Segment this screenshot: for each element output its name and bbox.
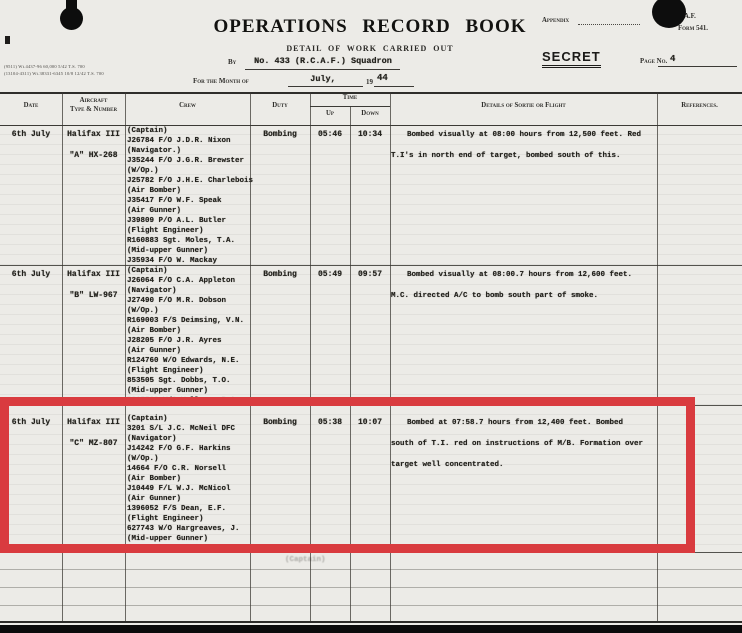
header-time-down: Down <box>350 110 390 117</box>
header-time: Time <box>310 94 390 101</box>
crew-name: 853505 Sgt. Dobbs, T.O. <box>127 376 251 386</box>
crew-name: R169003 F/S Deimsing, V.N. <box>127 316 251 326</box>
time-up-cell: 05:46 <box>310 130 350 139</box>
date-cell: 6th July <box>0 270 62 279</box>
details-line: Bombed visually at 08:00.7 hours from 12… <box>391 271 673 279</box>
year-typed: 44 <box>377 73 388 83</box>
date-cell: 6th July <box>0 130 62 139</box>
header-duty: Duty <box>250 102 310 109</box>
header-details: Details of Sortie or Flight <box>390 102 657 109</box>
details-line: Bombed visually at 08:00 hours from 12,5… <box>391 131 673 139</box>
crew-role: (W/Op.) <box>127 306 251 316</box>
page-number-underline <box>658 66 737 67</box>
entry-row: 6th July Halifax III "A" HX-268 (Captain… <box>0 125 742 265</box>
crew-name: J26784 F/O J.D.R. Nixon <box>127 136 251 146</box>
crew-name: J39809 P/O A.L. Butler <box>127 216 251 226</box>
details-line: M.C. directed A/C to bomb south part of … <box>391 292 657 300</box>
crew-role: (Navigator.) <box>127 146 251 156</box>
aircraft-type: Halifax III <box>62 130 125 139</box>
header-references: References. <box>657 102 742 109</box>
entry-row: 6th July Halifax III "B" LW-967 (Captain… <box>0 265 742 405</box>
print-code-line-1: (9511) Wt.4437-96 60,000 5/42 T.S. 700 <box>4 64 85 69</box>
details-line: T.I's in north end of target, bombed sou… <box>391 152 657 160</box>
row-divider <box>0 621 742 623</box>
page-number-label: Page No. <box>640 58 667 65</box>
duty-cell: Bombing <box>250 130 310 139</box>
crew-name: J35417 F/O W.F. Speak <box>127 196 251 206</box>
squadron-underline <box>245 69 400 70</box>
aircraft-code: "B" LW-967 <box>62 291 125 300</box>
month-underline <box>288 86 363 87</box>
crew-name: J35244 F/O J.G.R. Brewster <box>127 156 251 166</box>
punch-hole-right-stem <box>663 0 675 7</box>
page-title: OPERATIONS RECORD BOOK <box>180 16 560 38</box>
crew-role: (Flight Engineer) <box>127 366 251 376</box>
month-label: For the Month of <box>193 77 249 85</box>
year-underline <box>374 86 414 87</box>
crew-name: J27490 F/O M.R. Dobson <box>127 296 251 306</box>
year-printed: 19 <box>366 78 373 86</box>
appendix-label: Appendix <box>542 17 569 24</box>
crew-list: (Captain) J26784 F/O J.D.R. Nixon (Navig… <box>127 126 251 266</box>
crew-role: (Mid-upper Gunner) <box>127 386 251 396</box>
month-value: July, <box>298 74 348 84</box>
crew-role: (Air Bomber) <box>127 326 251 336</box>
header-aircraft-line1: Aircraft <box>62 97 125 104</box>
crew-role: (Mid-upper Gunner) <box>127 246 251 256</box>
crew-role: (Flight Engineer) <box>127 226 251 236</box>
scanned-document-page: OPERATIONS RECORD BOOK DETAIL OF WORK CA… <box>0 0 742 633</box>
aircraft-type: Halifax III <box>62 270 125 279</box>
crew-name: R124760 W/O Edwards, N.E. <box>127 356 251 366</box>
crew-name: J26064 F/O C.A. Appleton <box>127 276 251 286</box>
page-subtitle: DETAIL OF WORK CARRIED OUT <box>180 44 560 53</box>
crew-role: (W/Op.) <box>127 166 251 176</box>
crew-role: (Captain) <box>127 126 251 136</box>
secret-stamp: SECRET <box>542 49 601 68</box>
ghost-bleedthrough-text: (Captain) <box>285 556 326 564</box>
header-date: Date <box>0 102 62 109</box>
print-code-line-2: (13104-4311) Wt.38331-6345 10/8 12/42 T.… <box>4 71 104 76</box>
punch-hole-left-stem <box>66 0 77 11</box>
crew-name: J25782 F/O J.H.E. Charlebois <box>127 176 251 186</box>
time-down-cell: 09:57 <box>350 270 390 279</box>
crew-name: R160883 Sgt. Moles, T.A. <box>127 236 251 246</box>
header-crew: Crew <box>125 102 250 109</box>
crew-role: (Captain) <box>127 266 251 276</box>
squadron-name: No. 433 (R.C.A.F.) Squadron <box>248 56 398 66</box>
crew-role: (Navigator) <box>127 286 251 296</box>
highlight-box <box>0 397 695 553</box>
header-time-up: Up <box>310 110 350 117</box>
crew-list: (Captain) J26064 F/O C.A. Appleton (Navi… <box>127 266 251 406</box>
crew-role: (Air Gunner) <box>127 206 251 216</box>
empty-ruled-rows <box>0 552 742 621</box>
time-up-cell: 05:49 <box>310 270 350 279</box>
crew-role: (Air Gunner) <box>127 346 251 356</box>
page-number-value: 4 <box>670 54 675 64</box>
aircraft-code: "A" HX-268 <box>62 151 125 160</box>
scan-edge-bar <box>0 625 742 633</box>
header-aircraft-line2: Type & Number <box>62 106 125 113</box>
duty-cell: Bombing <box>250 270 310 279</box>
crew-name: J28205 F/O J.R. Ayres <box>127 336 251 346</box>
by-label: By <box>228 58 236 66</box>
scan-artifact <box>5 36 10 44</box>
appendix-line <box>578 24 640 25</box>
form-ref-bottom: Form 541. <box>678 25 708 32</box>
time-down-cell: 10:34 <box>350 130 390 139</box>
crew-role: (Air Bomber) <box>127 186 251 196</box>
